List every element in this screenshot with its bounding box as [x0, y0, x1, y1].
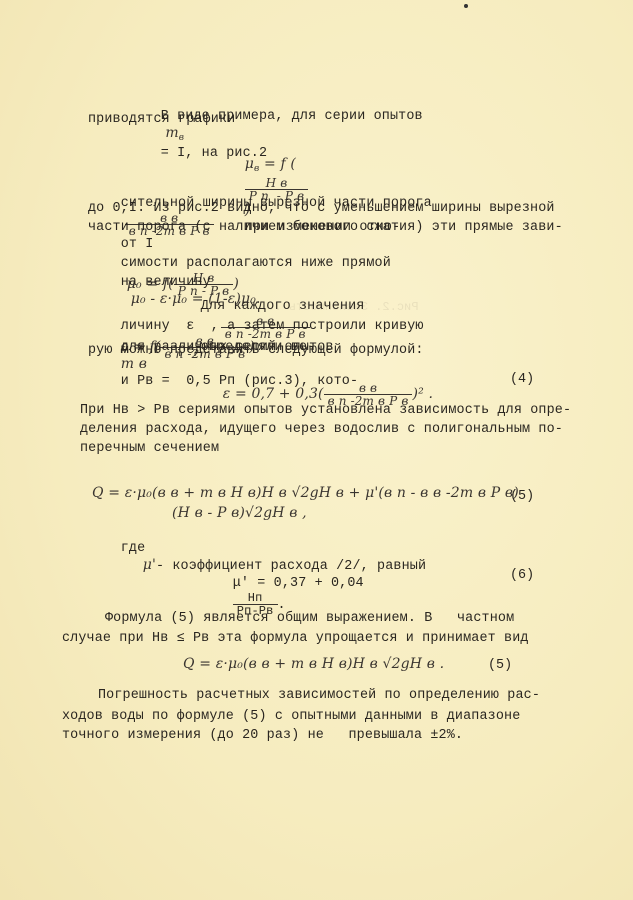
equation-5-line-2: (H в - P в)√2gH в , [172, 505, 307, 521]
paragraph-7-line-1: Погрешность расчетных зависимостей по оп… [98, 688, 540, 704]
equation-5-simplified: Q = ε·μ₀(в в + m в H в)H в √2gH в . [183, 656, 444, 672]
paragraph-4-line-1: При Hв > Pв сериями опытов установлена з… [80, 403, 571, 419]
paragraph-4-line-3: перечным сечением [80, 441, 219, 457]
paragraph-4-line-2: деления расхода, идущего через водослив … [80, 422, 563, 438]
equation-4-number: (4) [510, 372, 534, 387]
paragraph-6-line-2: случае при Hв ≤ Pв эта формула упрощаетс… [62, 631, 529, 647]
paragraph-1-line-2: приводятся графики [88, 112, 235, 128]
equation-6-number: (6) [510, 568, 534, 583]
equation-5-simplified-number: (5) [488, 658, 512, 673]
paragraph-7-line-3: точного измерения (до 20 раз) не превыша… [62, 728, 463, 744]
ink-speck [464, 4, 468, 8]
paragraph-2-line-3: части порога (с наличием бокового сжатия… [88, 220, 563, 236]
document-page: Рис.2. Зависимость ... В виде примера, д… [0, 0, 633, 900]
paragraph-3-line-4: рую можно представить следующей формулой… [88, 343, 424, 359]
paragraph-6-line-1: Формула (5) является общим выражением. В… [105, 611, 514, 627]
equation-5-line-1: Q = ε·μ₀(в в + m в H в)H в √2gH в + μ'(в… [92, 485, 519, 501]
paragraph-7-line-2: ходов воды по формуле (5) с опытными дан… [62, 709, 520, 725]
equation-5-number: (5) [510, 489, 534, 504]
paragraph-2-line-2: до 0,I. Из рис.2 видно, что с уменьшение… [88, 201, 555, 217]
